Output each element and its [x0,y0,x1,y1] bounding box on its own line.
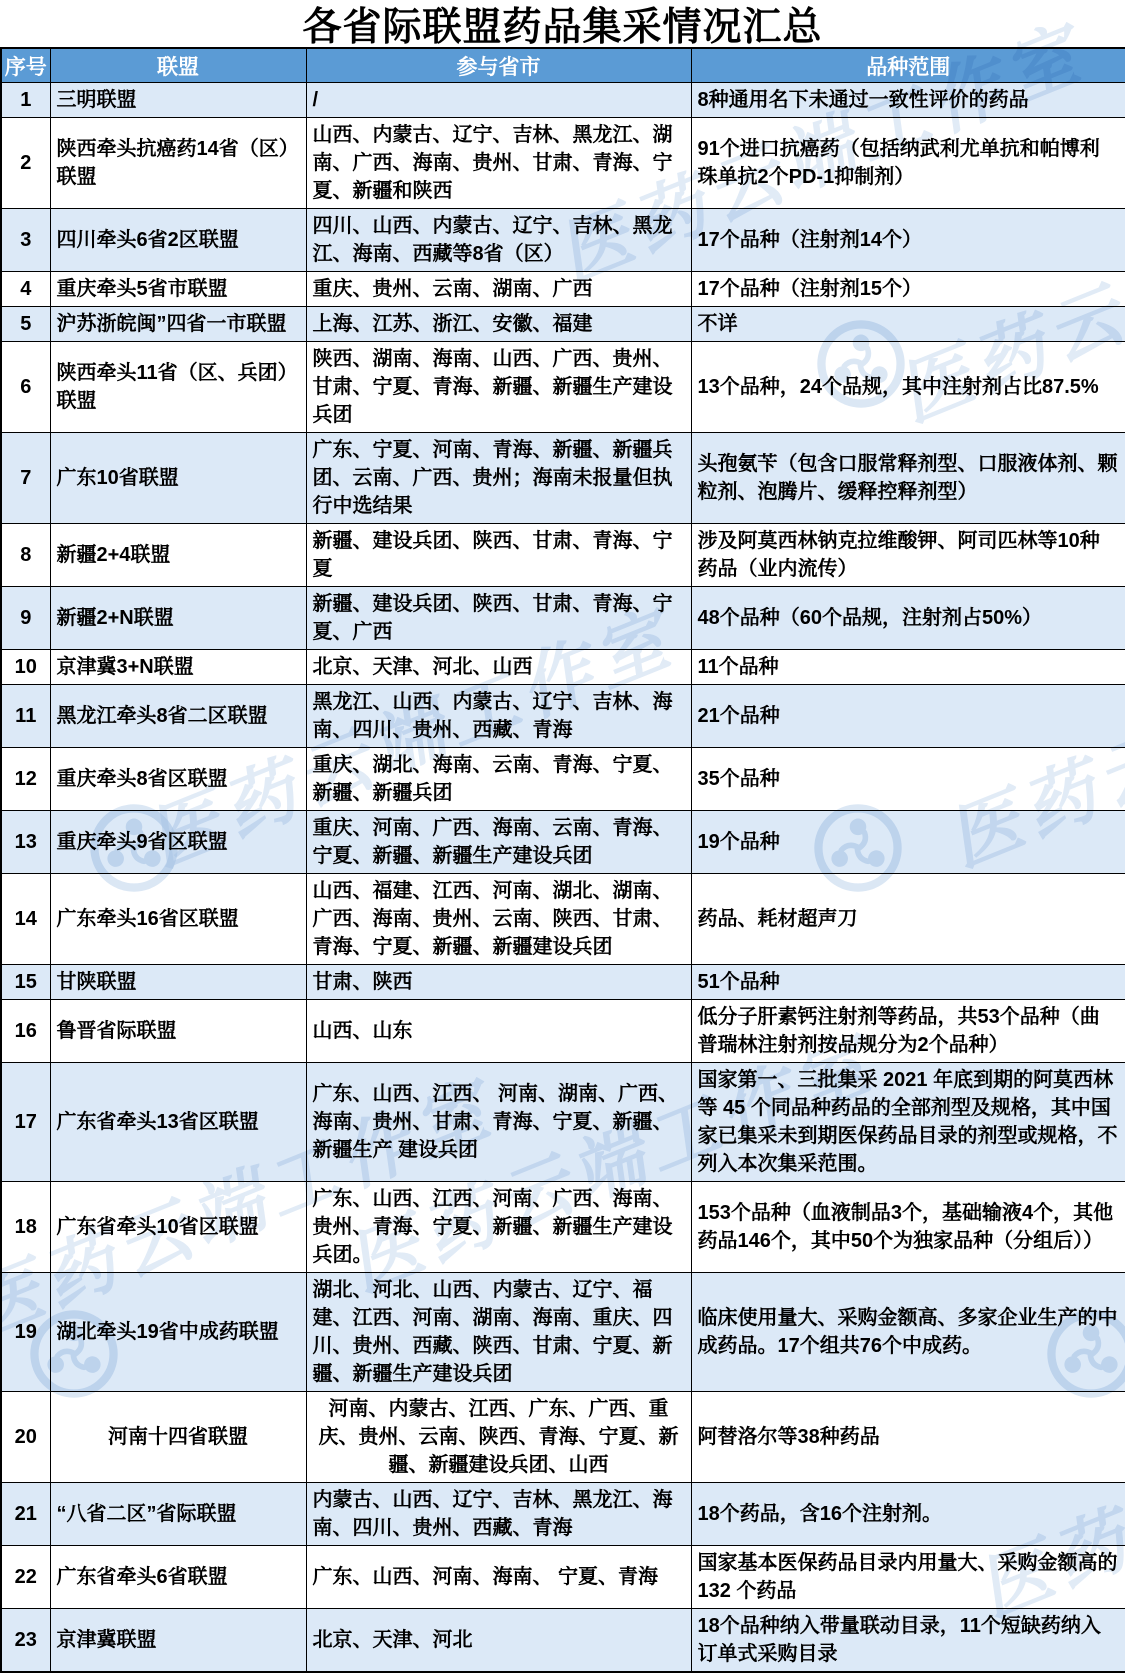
row-number-cell: 12 [1,748,50,811]
table-row: 16鲁晋省际联盟山西、山东低分子肝素钙注射剂等药品，共53个品种（曲普瑞林注射剂… [1,1000,1125,1063]
provinces-cell: 新疆、建设兵团、陕西、甘肃、青海、宁夏 [306,524,691,587]
row-number-cell: 3 [1,209,50,272]
table-row: 20河南十四省联盟河南、内蒙古、江西、广东、广西、重庆、贵州、云南、陕西、青海、… [1,1392,1125,1483]
row-number-cell: 2 [1,118,50,209]
page-title: 各省际联盟药品集采情况汇总 [0,0,1125,47]
row-number-cell: 20 [1,1392,50,1483]
provinces-cell: 重庆、湖北、海南、云南、青海、宁夏、新疆、新疆兵团 [306,748,691,811]
scope-cell: 国家第一、三批集采 2021 年底到期的阿莫西林等 45 个同品种药品的全部剂型… [691,1063,1125,1182]
scope-cell: 头孢氨苄（包含口服常释剂型、口服液体剂、颗粒剂、泡腾片、缓释控释剂型） [691,433,1125,524]
table-row: 17广东省牵头13省区联盟广东、山西、江西、 河南、湖南、广西、海南、贵州、甘肃… [1,1063,1125,1182]
provinces-cell: 重庆、河南、广西、海南、云南、青海、宁夏、新疆、新疆生产建设兵团 [306,811,691,874]
row-number-cell: 23 [1,1609,50,1673]
scope-cell: 阿替洛尔等38种药品 [691,1392,1125,1483]
row-number-cell: 4 [1,272,50,307]
scope-cell: 51个品种 [691,965,1125,1000]
scope-cell: 18个品种纳入带量联动目录，11个短缺药纳入订单式采购目录 [691,1609,1125,1673]
table-row: 14广东牵头16省区联盟山西、福建、江西、河南、湖北、湖南、广西、海南、贵州、云… [1,874,1125,965]
scope-cell: 8种通用名下未通过一致性评价的药品 [691,83,1125,118]
table-row: 4重庆牵头5省市联盟重庆、贵州、云南、湖南、广西17个品种（注射剂15个） [1,272,1125,307]
provinces-cell: 广东、宁夏、河南、青海、新疆、新疆兵团、云南、广西、贵州；海南未报量但执行中选结… [306,433,691,524]
provinces-cell: 黑龙江、山西、内蒙古、辽宁、吉林、海南、四川、贵州、西藏、青海 [306,685,691,748]
alliance-cell: 甘陕联盟 [50,965,306,1000]
provinces-cell: 广东、山西、江西、 河南、湖南、广西、海南、贵州、甘肃、青海、宁夏、新疆、新疆生… [306,1063,691,1182]
alliance-cell: 京津冀联盟 [50,1609,306,1673]
table-row: 5沪苏浙皖闽”四省一市联盟上海、江苏、浙江、安徽、福建不详 [1,307,1125,342]
row-number-cell: 11 [1,685,50,748]
scope-cell: 48个品种（60个品规，注射剂占50%） [691,587,1125,650]
table-row: 15甘陕联盟甘肃、陕西51个品种 [1,965,1125,1000]
col-header-alliance: 联盟 [50,48,306,83]
provinces-cell: 山西、山东 [306,1000,691,1063]
scope-cell: 13个品种，24个品规，其中注射剂占比87.5% [691,342,1125,433]
scope-cell: 涉及阿莫西林钠克拉维酸钾、阿司匹林等10种药品（业内流传） [691,524,1125,587]
alliance-cell: 三明联盟 [50,83,306,118]
table-row: 23京津冀联盟北京、天津、河北18个品种纳入带量联动目录，11个短缺药纳入订单式… [1,1609,1125,1673]
scope-cell: 低分子肝素钙注射剂等药品，共53个品种（曲普瑞林注射剂按品规分为2个品种） [691,1000,1125,1063]
table-row: 12重庆牵头8省区联盟重庆、湖北、海南、云南、青海、宁夏、新疆、新疆兵团35个品… [1,748,1125,811]
header-row: 序号 联盟 参与省市 品种范围 [1,48,1125,83]
alliance-table: 序号 联盟 参与省市 品种范围 1三明联盟/8种通用名下未通过一致性评价的药品2… [0,47,1125,1673]
alliance-cell: 四川牵头6省2区联盟 [50,209,306,272]
scope-cell: 17个品种（注射剂14个） [691,209,1125,272]
scope-cell: 153个品种（血液制品3个，基础输液4个，其他药品146个，其中50个为独家品种… [691,1182,1125,1273]
alliance-cell: 广东省牵头6省联盟 [50,1546,306,1609]
provinces-cell: 广东、山西、江西、河南、广西、海南、贵州、青海、宁夏、新疆、新疆生产建设兵团。 [306,1182,691,1273]
provinces-cell: 山西、福建、江西、河南、湖北、湖南、广西、海南、贵州、云南、陕西、甘肃、青海、宁… [306,874,691,965]
provinces-cell: 甘肃、陕西 [306,965,691,1000]
provinces-cell: / [306,83,691,118]
scope-cell: 17个品种（注射剂15个） [691,272,1125,307]
table-body: 1三明联盟/8种通用名下未通过一致性评价的药品2陕西牵头抗癌药14省（区）联盟山… [1,83,1125,1673]
col-header-provinces: 参与省市 [306,48,691,83]
row-number-cell: 5 [1,307,50,342]
scope-cell: 药品、耗材超声刀 [691,874,1125,965]
row-number-cell: 16 [1,1000,50,1063]
provinces-cell: 广东、山西、河南、海南、 宁夏、青海 [306,1546,691,1609]
alliance-cell: 湖北牵头19省中成药联盟 [50,1273,306,1392]
scope-cell: 19个品种 [691,811,1125,874]
row-number-cell: 10 [1,650,50,685]
row-number-cell: 15 [1,965,50,1000]
table-row: 13重庆牵头9省区联盟重庆、河南、广西、海南、云南、青海、宁夏、新疆、新疆生产建… [1,811,1125,874]
scope-cell: 35个品种 [691,748,1125,811]
alliance-cell: 沪苏浙皖闽”四省一市联盟 [50,307,306,342]
scope-cell: 国家基本医保药品目录内用量大、采购金额高的132 个药品 [691,1546,1125,1609]
row-number-cell: 19 [1,1273,50,1392]
provinces-cell: 北京、天津、河北、山西 [306,650,691,685]
table-row: 1三明联盟/8种通用名下未通过一致性评价的药品 [1,83,1125,118]
row-number-cell: 8 [1,524,50,587]
col-header-index: 序号 [1,48,50,83]
alliance-cell: 广东10省联盟 [50,433,306,524]
provinces-cell: 内蒙古、山西、辽宁、吉林、黑龙江、海南、四川、贵州、西藏、青海 [306,1483,691,1546]
scope-cell: 18个药品，含16个注射剂。 [691,1483,1125,1546]
row-number-cell: 22 [1,1546,50,1609]
col-header-scope: 品种范围 [691,48,1125,83]
provinces-cell: 北京、天津、河北 [306,1609,691,1673]
alliance-cell: 新疆2+4联盟 [50,524,306,587]
scope-cell: 11个品种 [691,650,1125,685]
table-row: 22广东省牵头6省联盟广东、山西、河南、海南、 宁夏、青海国家基本医保药品目录内… [1,1546,1125,1609]
table-row: 8新疆2+4联盟新疆、建设兵团、陕西、甘肃、青海、宁夏涉及阿莫西林钠克拉维酸钾、… [1,524,1125,587]
table-row: 9新疆2+N联盟新疆、建设兵团、陕西、甘肃、青海、宁夏、广西48个品种（60个品… [1,587,1125,650]
table-row: 19湖北牵头19省中成药联盟湖北、河北、山西、内蒙古、辽宁、福建、江西、河南、湖… [1,1273,1125,1392]
provinces-cell: 上海、江苏、浙江、安徽、福建 [306,307,691,342]
table-row: 21“八省二区”省际联盟内蒙古、山西、辽宁、吉林、黑龙江、海南、四川、贵州、西藏… [1,1483,1125,1546]
table-row: 3四川牵头6省2区联盟四川、山西、内蒙古、辽宁、吉林、黑龙江、海南、西藏等8省（… [1,209,1125,272]
scope-cell: 91个进口抗癌药（包括纳武利尤单抗和帕博利珠单抗2个PD-1抑制剂） [691,118,1125,209]
scope-cell: 不详 [691,307,1125,342]
row-number-cell: 14 [1,874,50,965]
alliance-cell: 黑龙江牵头8省二区联盟 [50,685,306,748]
alliance-cell: 陕西牵头抗癌药14省（区）联盟 [50,118,306,209]
row-number-cell: 6 [1,342,50,433]
alliance-cell: “八省二区”省际联盟 [50,1483,306,1546]
table-row: 7广东10省联盟广东、宁夏、河南、青海、新疆、新疆兵团、云南、广西、贵州；海南未… [1,433,1125,524]
sheet: 各省际联盟药品集采情况汇总 序号 联盟 参与省市 品种范围 1三明联盟/8种通用… [0,0,1125,1673]
provinces-cell: 重庆、贵州、云南、湖南、广西 [306,272,691,307]
alliance-cell: 陕西牵头11省（区、兵团）联盟 [50,342,306,433]
row-number-cell: 21 [1,1483,50,1546]
row-number-cell: 7 [1,433,50,524]
table-row: 2陕西牵头抗癌药14省（区）联盟山西、内蒙古、辽宁、吉林、黑龙江、湖南、广西、海… [1,118,1125,209]
provinces-cell: 四川、山西、内蒙古、辽宁、吉林、黑龙江、海南、西藏等8省（区） [306,209,691,272]
scope-cell: 21个品种 [691,685,1125,748]
alliance-cell: 重庆牵头5省市联盟 [50,272,306,307]
row-number-cell: 13 [1,811,50,874]
alliance-cell: 河南十四省联盟 [50,1392,306,1483]
provinces-cell: 陕西、湖南、海南、山西、广西、贵州、甘肃、宁夏、青海、新疆、新疆生产建设兵团 [306,342,691,433]
row-number-cell: 9 [1,587,50,650]
row-number-cell: 17 [1,1063,50,1182]
page: { "title": "各省际联盟药品集采情况汇总", "colors": { … [0,0,1125,1673]
scope-cell: 临床使用量大、采购金额高、多家企业生产的中成药品。17个组共76个中成药。 [691,1273,1125,1392]
alliance-cell: 广东省牵头13省区联盟 [50,1063,306,1182]
provinces-cell: 山西、内蒙古、辽宁、吉林、黑龙江、湖南、广西、海南、贵州、甘肃、青海、宁夏、新疆… [306,118,691,209]
alliance-cell: 重庆牵头8省区联盟 [50,748,306,811]
table-row: 6陕西牵头11省（区、兵团）联盟陕西、湖南、海南、山西、广西、贵州、甘肃、宁夏、… [1,342,1125,433]
alliance-cell: 广东省牵头10省区联盟 [50,1182,306,1273]
table-row: 18广东省牵头10省区联盟广东、山西、江西、河南、广西、海南、贵州、青海、宁夏、… [1,1182,1125,1273]
provinces-cell: 河南、内蒙古、江西、广东、广西、重庆、贵州、云南、陕西、青海、宁夏、新疆、新疆建… [306,1392,691,1483]
alliance-cell: 重庆牵头9省区联盟 [50,811,306,874]
row-number-cell: 18 [1,1182,50,1273]
alliance-cell: 鲁晋省际联盟 [50,1000,306,1063]
provinces-cell: 新疆、建设兵团、陕西、甘肃、青海、宁夏、广西 [306,587,691,650]
alliance-cell: 广东牵头16省区联盟 [50,874,306,965]
alliance-cell: 新疆2+N联盟 [50,587,306,650]
provinces-cell: 湖北、河北、山西、内蒙古、辽宁、福建、江西、河南、湖南、海南、重庆、四川、贵州、… [306,1273,691,1392]
table-row: 11黑龙江牵头8省二区联盟黑龙江、山西、内蒙古、辽宁、吉林、海南、四川、贵州、西… [1,685,1125,748]
alliance-cell: 京津冀3+N联盟 [50,650,306,685]
table-row: 10京津冀3+N联盟北京、天津、河北、山西11个品种 [1,650,1125,685]
row-number-cell: 1 [1,83,50,118]
